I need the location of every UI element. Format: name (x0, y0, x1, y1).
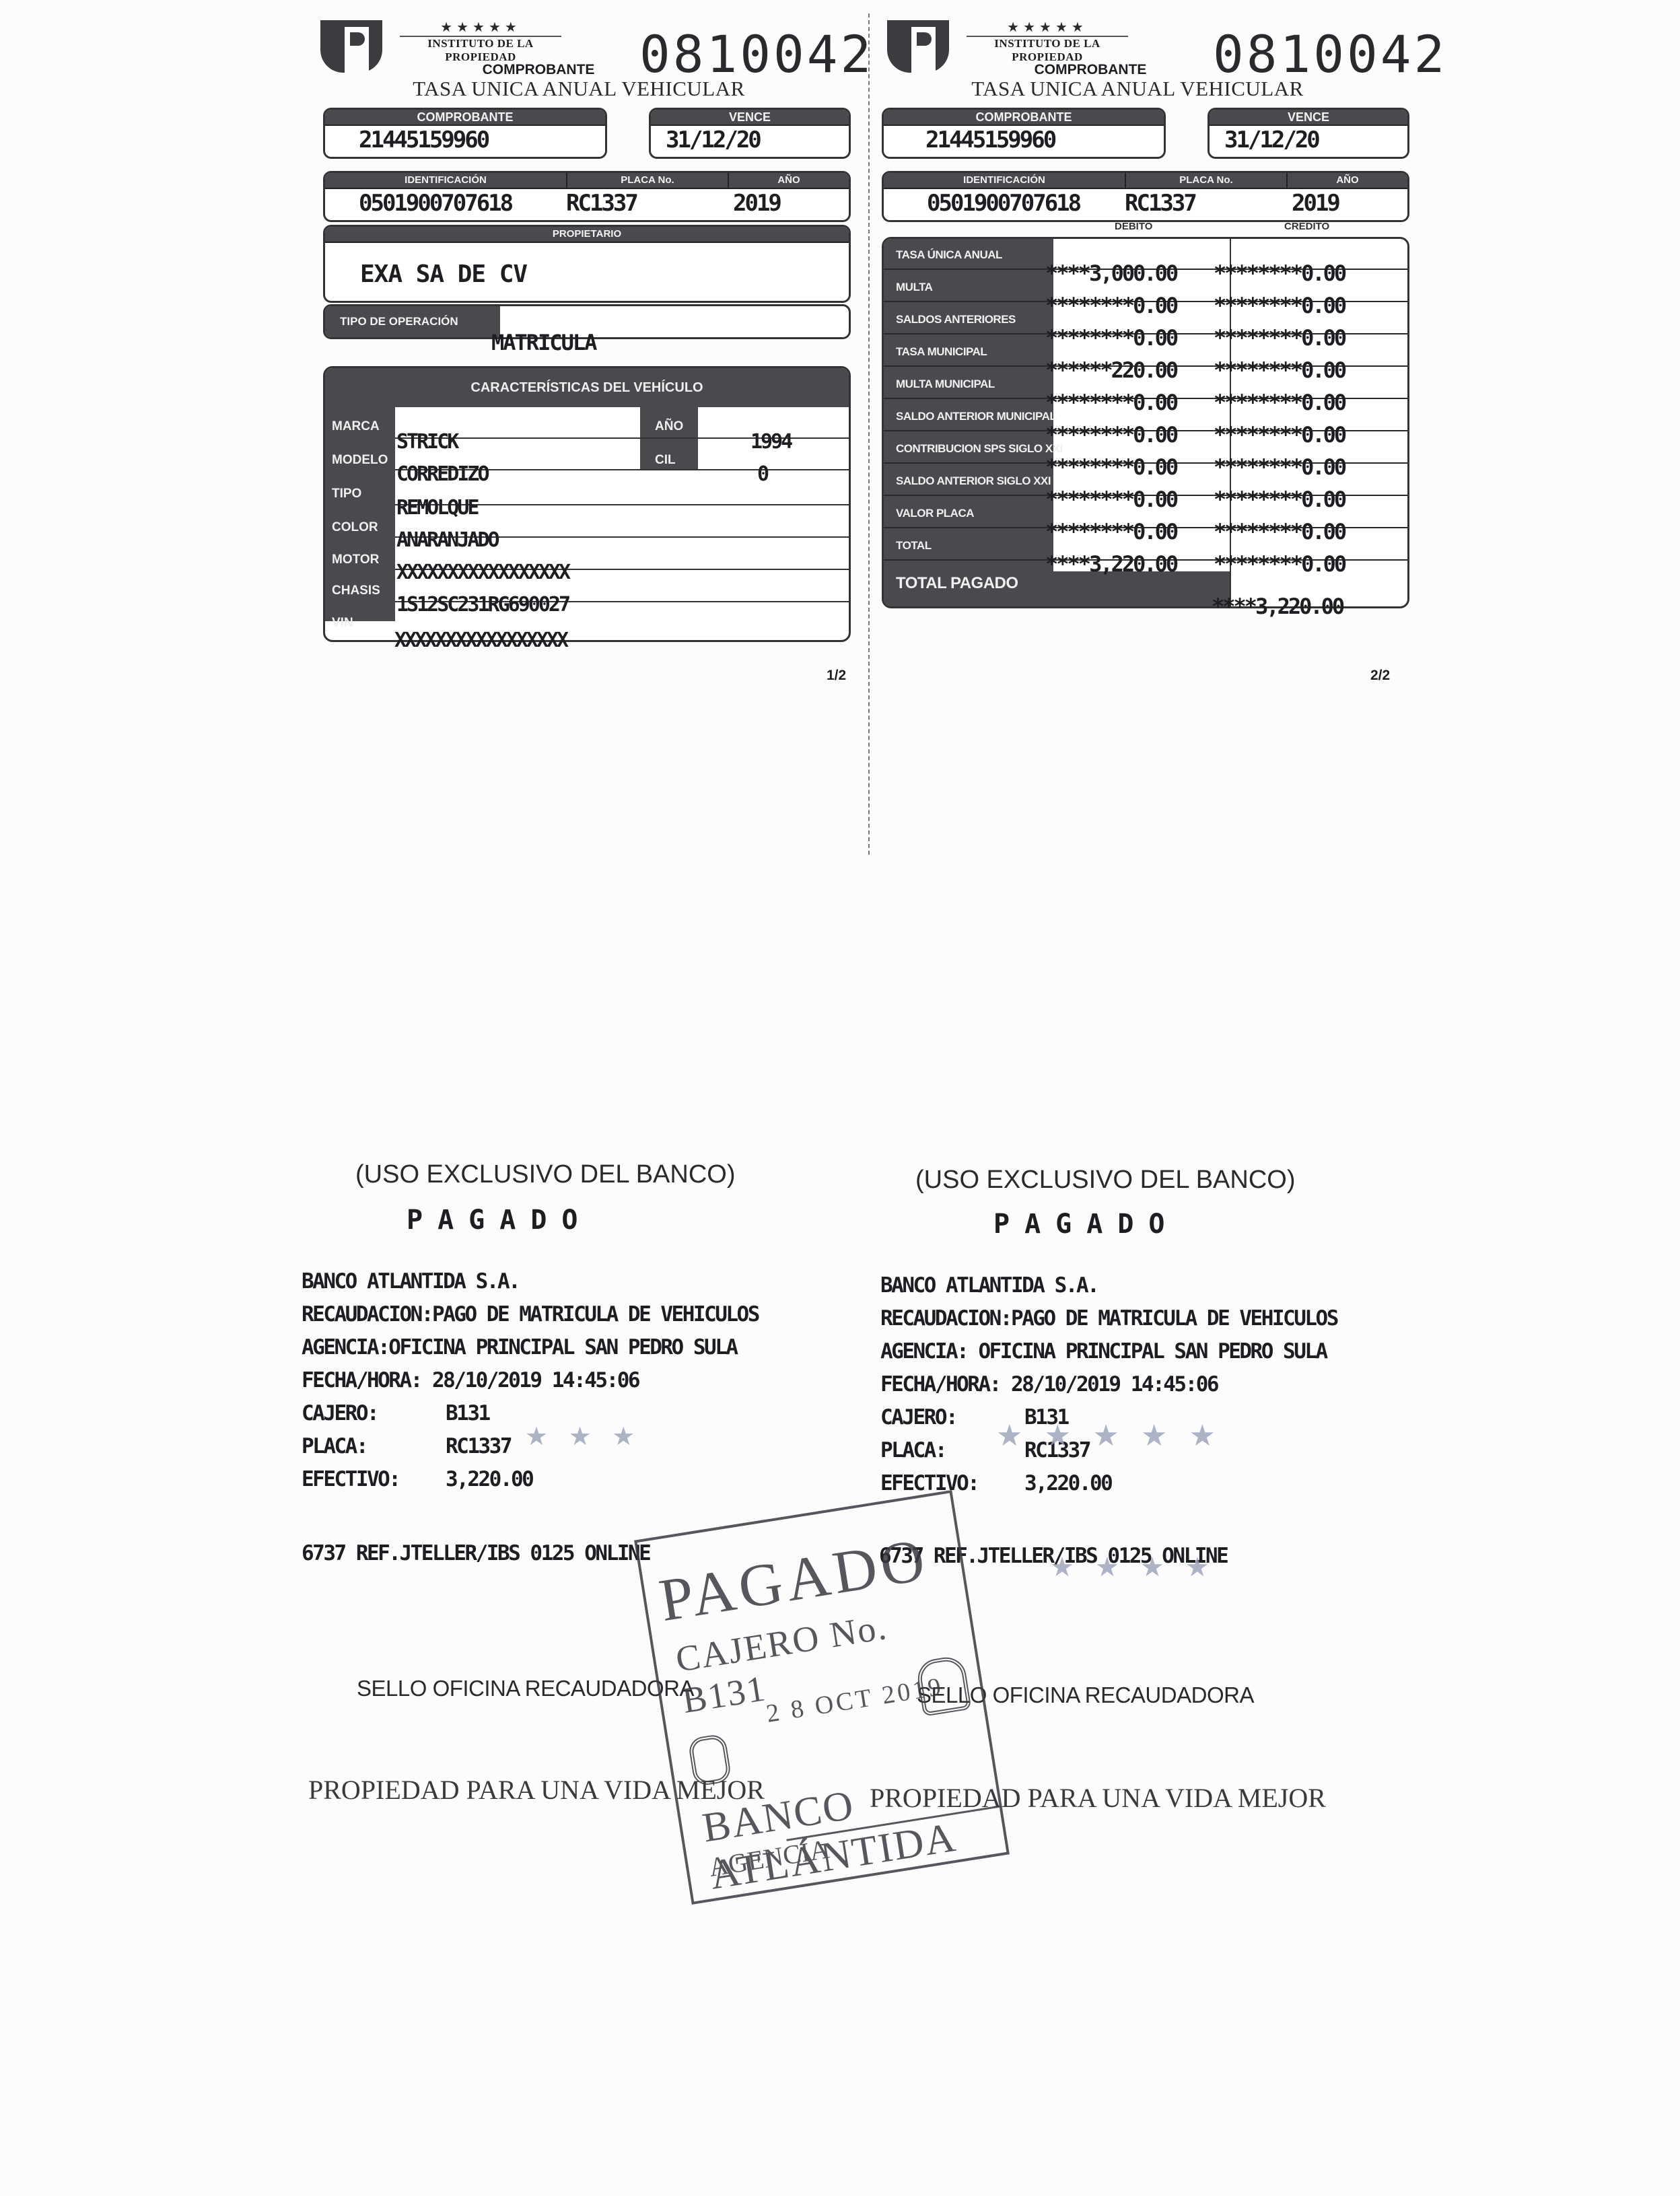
pagado-bank-stamp: PAGADO CAJERO No. B131 2 8 OCT 2019 BANC… (634, 1490, 1010, 1905)
payment-row-label: CONTRIBUCION SPS SIGLO XXI (896, 442, 1063, 456)
bank-name: BANCO ATLANTIDA S.A. (302, 1265, 759, 1298)
anio-header: AÑO (729, 173, 849, 188)
chasis-value: 1S12SC231RG690027 (396, 593, 569, 616)
institution-header: ★★★★★ INSTITUTO DE LA PROPIEDAD (400, 19, 561, 64)
identification-box: IDENTIFICACIÓN PLACA No. AÑO 05019007076… (882, 171, 1409, 222)
bank-receipt-text: BANCO ATLANTIDA S.A. RECAUDACION:PAGO DE… (302, 1265, 759, 1496)
identificacion-header: IDENTIFICACIÓN (325, 173, 567, 188)
page-number-1: 1/2 (827, 668, 846, 684)
payment-row-label: TASA MUNICIPAL (896, 345, 987, 359)
anio-header: AÑO (1288, 173, 1407, 188)
vehicle-characteristics: CARACTERÍSTICAS DEL VEHÍCULO MARCA MODEL… (323, 366, 851, 642)
payment-row-debito: ********0.00 (1045, 390, 1177, 415)
payment-table: TASA ÚNICA ANUAL****3,000.00********0.00… (882, 237, 1409, 608)
vin-value: XXXXXXXXXXXXXXXXX (394, 629, 567, 652)
payment-row-label: TOTAL (896, 539, 932, 553)
payment-row-label: VALOR PLACA (896, 507, 974, 520)
comprobante-value: 21445159960 (325, 126, 605, 154)
serial-number: 0810042 (1213, 24, 1447, 84)
tipo-value: REMOLQUE (396, 496, 478, 520)
instituto-logo-icon (887, 20, 949, 73)
payment-row-debito: ******220.00 (1045, 357, 1177, 383)
serial-number: 0810042 (639, 24, 874, 84)
bank-logo-icon (687, 1733, 732, 1787)
fecha-hora-line: FECHA/HORA: 28/10/2019 14:45:06 (880, 1368, 1337, 1401)
watermark-stars-icon: ★ ★ ★ ★ (1050, 1552, 1216, 1583)
uso-exclusivo-label: (USO EXCLUSIVO DEL BANCO) (915, 1166, 1296, 1195)
cajero-value: B131 (446, 1401, 489, 1425)
stars-icon: ★★★★★ (967, 19, 1128, 36)
cut-line-divider (868, 13, 870, 855)
efectivo-value: 3,220.00 (1024, 1471, 1111, 1495)
comprobante-box: COMPROBANTE 21445159960 (323, 108, 607, 159)
watermark-stars-icon: ★ ★ ★ ★ ★ (996, 1419, 1222, 1453)
comprobante-value: 21445159960 (884, 126, 1164, 154)
anio-value: 2019 (726, 189, 849, 217)
institution-name: INSTITUTO DE LA PROPIEDAD (400, 37, 561, 64)
identificacion-header: IDENTIFICACIÓN (884, 173, 1126, 188)
cil-value: 0 (757, 462, 767, 486)
marca-label: MARCA (332, 419, 380, 434)
payment-row-debito: ********0.00 (1045, 519, 1177, 544)
color-label: COLOR (332, 520, 378, 535)
color-value: ANARANJADO (396, 528, 498, 552)
characteristics-title: CARACTERÍSTICAS DEL VEHÍCULO (325, 368, 849, 407)
vence-box: VENCE 31/12/20 (649, 108, 851, 159)
payment-row-credito: ********0.00 (1214, 487, 1345, 512)
identificacion-value: 0501900707618 (325, 189, 566, 217)
comprobante-label: COMPROBANTE (884, 110, 1164, 126)
modelo-label: MODELO (332, 453, 388, 468)
recaudacion-line: RECAUDACION:PAGO DE MATRICULA DE VEHICUL… (302, 1298, 759, 1331)
bank-name: BANCO ATLANTIDA S.A. (880, 1269, 1337, 1302)
identificacion-value: 0501900707618 (884, 189, 1125, 217)
propietario-box: PROPIETARIO EXA SA DE CV (323, 225, 851, 303)
payment-row-debito: ********0.00 (1045, 454, 1177, 480)
propietario-value: EXA SA DE CV (325, 243, 849, 289)
tipo-label: TIPO (332, 487, 361, 501)
tipo-operacion-label: TIPO DE OPERACIÓN (325, 306, 500, 337)
doc-label: COMPROBANTE (404, 62, 673, 78)
doc-title: TASA UNICA ANUAL VEHICULAR (377, 77, 781, 101)
anio-label: AÑO (655, 419, 683, 434)
agencia-line: AGENCIA: OFICINA PRINCIPAL SAN PEDRO SUL… (880, 1335, 1337, 1368)
chasis-label: CHASIS (332, 583, 380, 598)
vence-label: VENCE (1210, 110, 1407, 126)
placa-value: RC1337 (1125, 189, 1285, 217)
payment-row-label: MULTA (896, 281, 932, 294)
stars-icon: ★★★★★ (400, 19, 561, 36)
payment-row-credito: ********0.00 (1214, 551, 1345, 577)
sello-label: SELLO OFICINA RECAUDADORA (357, 1676, 694, 1701)
payment-row-credito: ********0.00 (1214, 390, 1345, 415)
anio-value: 2019 (1285, 189, 1407, 217)
watermark-stars-icon: ★ ★ ★ (525, 1421, 641, 1452)
efectivo-label: EFECTIVO: (302, 1463, 446, 1496)
reference-line: 6737 REF.JTELLER/IBS 0125 ONLINE (302, 1541, 650, 1565)
recaudacion-line: RECAUDACION:PAGO DE MATRICULA DE VEHICUL… (880, 1302, 1337, 1335)
payment-row-debito: ********0.00 (1045, 487, 1177, 512)
payment-row-credito: ********0.00 (1214, 357, 1345, 383)
vence-value: 31/12/20 (1210, 126, 1407, 154)
payment-row-label: SALDOS ANTERIORES (896, 313, 1016, 326)
placa-header: PLACA No. (567, 173, 729, 188)
total-pagado-value: ****3,220.00 (1212, 594, 1343, 619)
placa-header: PLACA No. (1126, 173, 1288, 188)
vence-label: VENCE (651, 110, 849, 126)
page-number-2: 2/2 (1370, 668, 1390, 684)
comprobante-label: COMPROBANTE (325, 110, 605, 126)
pagado-status: PAGADO (407, 1205, 593, 1236)
payment-row-credito: ********0.00 (1214, 260, 1345, 286)
doc-label: COMPROBANTE (956, 62, 1225, 78)
motor-value: XXXXXXXXXXXXXXXXX (396, 561, 569, 584)
comprobante-box: COMPROBANTE 21445159960 (882, 108, 1166, 159)
payment-row-label: TASA ÚNICA ANUAL (896, 248, 1002, 262)
instituto-logo-icon (320, 20, 382, 73)
vence-value: 31/12/20 (651, 126, 849, 154)
institution-header: ★★★★★ INSTITUTO DE LA PROPIEDAD (967, 19, 1128, 64)
agencia-line: AGENCIA:OFICINA PRINCIPAL SAN PEDRO SULA (302, 1331, 759, 1364)
marca-value: STRICK (396, 430, 457, 454)
payment-row-debito: ********0.00 (1045, 325, 1177, 351)
payment-row-debito: ****3,220.00 (1045, 551, 1177, 577)
vehicle-year-value: 1994 (750, 430, 791, 454)
payment-row-credito: ********0.00 (1214, 519, 1345, 544)
payment-row-debito: ********0.00 (1045, 293, 1177, 318)
payment-row-label: MULTA MUNICIPAL (896, 378, 995, 391)
pagado-status: PAGADO (993, 1209, 1180, 1240)
cil-label: CIL (655, 453, 676, 468)
payment-row-debito: ********0.00 (1045, 422, 1177, 448)
doc-title: TASA UNICA ANUAL VEHICULAR (936, 77, 1339, 101)
total-pagado-label: TOTAL PAGADO (896, 574, 1018, 593)
modelo-value: CORREDIZO (396, 462, 488, 486)
uso-exclusivo-label: (USO EXCLUSIVO DEL BANCO) (355, 1160, 736, 1189)
tipo-operacion-value: MATRICULA (491, 330, 596, 355)
propietario-label: PROPIETARIO (325, 227, 849, 243)
placa-value: RC1337 (446, 1434, 511, 1458)
efectivo-value: 3,220.00 (446, 1467, 532, 1491)
cajero-label: CAJERO: (302, 1397, 446, 1430)
payment-row-credito: ********0.00 (1214, 422, 1345, 448)
debito-header: DÉBITO (1115, 221, 1152, 232)
payment-row-label: SALDO ANTERIOR SIGLO XXI (896, 474, 1051, 488)
motor-label: MOTOR (332, 553, 379, 567)
bank-receipt-text: BANCO ATLANTIDA S.A. RECAUDACION:PAGO DE… (880, 1269, 1337, 1500)
credito-header: CRÉDITO (1284, 221, 1329, 232)
payment-row-credito: ********0.00 (1214, 454, 1345, 480)
payment-row-label: SALDO ANTERIOR MUNICIPAL (896, 410, 1056, 423)
identification-box: IDENTIFICACIÓN PLACA No. AÑO 05019007076… (323, 171, 851, 222)
vence-box: VENCE 31/12/20 (1207, 108, 1409, 159)
payment-row-credito: ********0.00 (1214, 293, 1345, 318)
placa-value: RC1337 (566, 189, 726, 217)
payment-row-credito: ********0.00 (1214, 325, 1345, 351)
payment-row-debito: ****3,000.00 (1045, 260, 1177, 286)
vin-label: VIN (332, 616, 353, 631)
fecha-hora-line: FECHA/HORA: 28/10/2019 14:45:06 (302, 1364, 759, 1397)
placa-label: PLACA: (302, 1430, 446, 1463)
institution-name: INSTITUTO DE LA PROPIEDAD (967, 37, 1128, 64)
